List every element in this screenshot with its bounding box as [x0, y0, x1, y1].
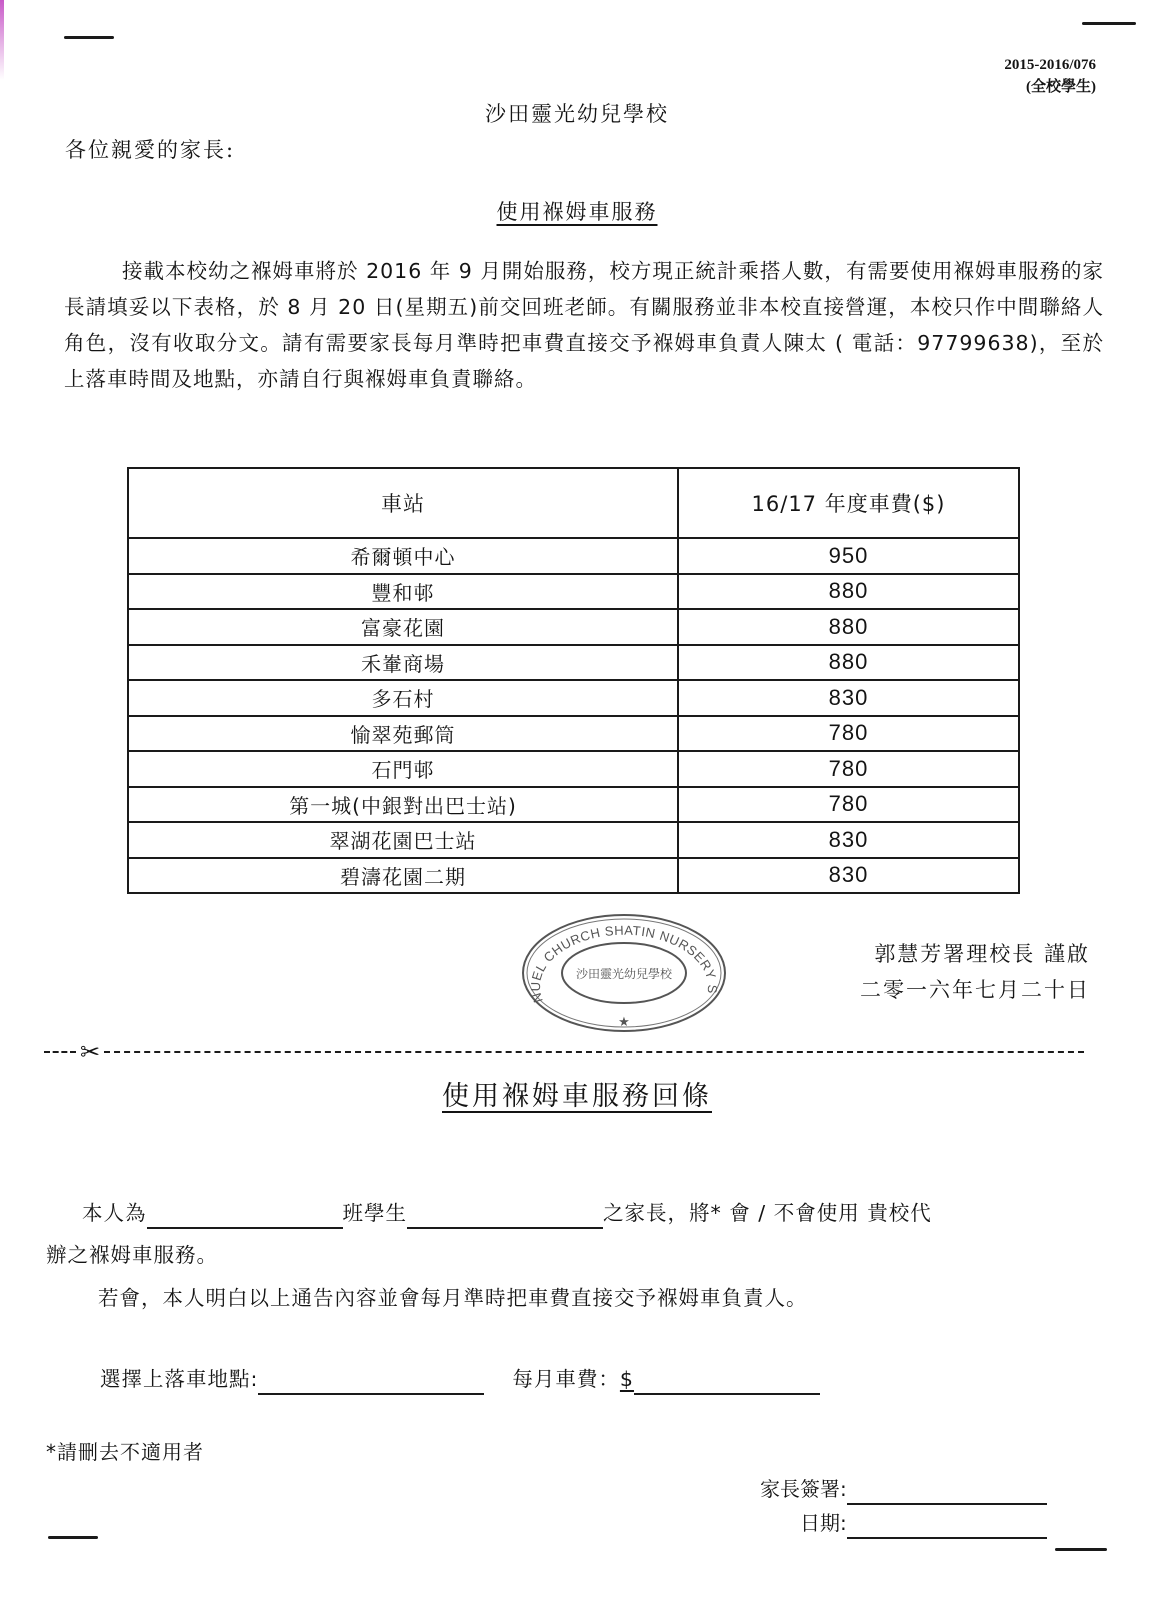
- table-row: 愉翠苑郵筒 780: [128, 716, 1019, 752]
- greeting: 各位親愛的家長:: [65, 134, 235, 164]
- signature-block: 家長簽署: 日期:: [760, 1472, 1047, 1540]
- station-cell: 碧濤花園二期: [128, 858, 678, 894]
- school-stamp: EMMANUEL CHURCH SHATIN NURSERY SCHOOL 沙田…: [520, 912, 728, 1034]
- document-number: 2015-2016/076: [1004, 54, 1096, 76]
- corner-mark-top-left: [64, 36, 114, 39]
- stamp-seal-icon: EMMANUEL CHURCH SHATIN NURSERY SCHOOL 沙田…: [520, 912, 728, 1034]
- table-row: 碧濤花園二期 830: [128, 858, 1019, 894]
- parent-signature-field[interactable]: [847, 1479, 1047, 1505]
- parent-suffix: 之家長，將* 會 / 不會使用 貴校代: [603, 1201, 932, 1225]
- fee-cell: 880: [678, 574, 1019, 610]
- station-cell: 翠湖花園巴士站: [128, 822, 678, 858]
- fee-cell: 780: [678, 751, 1019, 787]
- table-row: 富豪花園 880: [128, 609, 1019, 645]
- date-row: 日期:: [760, 1506, 1047, 1540]
- reply-line-declaration: 本人為班學生之家長，將* 會 / 不會使用 貴校代: [82, 1196, 932, 1229]
- fee-cell: 830: [678, 822, 1019, 858]
- document-reference: 2015-2016/076 (全校學生): [1004, 54, 1096, 98]
- table-row: 石門邨 780: [128, 751, 1019, 787]
- principal-signoff: 郭慧芳署理校長 謹啟: [860, 936, 1090, 972]
- cut-line-dash: [104, 1051, 1084, 1053]
- reply-slip-title-text: 使用褓姆車服務回條: [442, 1081, 712, 1112]
- fee-cell: 830: [678, 858, 1019, 894]
- declaration-prefix: 本人為: [82, 1201, 147, 1225]
- date-label: 日期:: [800, 1506, 847, 1540]
- cut-line-dash: [44, 1051, 76, 1053]
- table-row: 多石村 830: [128, 680, 1019, 716]
- reply-line-acknowledgement: 若會，本人明白以上通告內容並會每月準時把車費直接交予褓姆車負責人。: [98, 1281, 808, 1311]
- signoff-date: 二零一六年七月二十日: [860, 972, 1090, 1008]
- scan-edge-tint: [0, 0, 4, 80]
- fee-cell: 950: [678, 538, 1019, 574]
- station-cell: 第一城(中銀對出巴士站): [128, 787, 678, 823]
- table-row: 希爾頓中心 950: [128, 538, 1019, 574]
- date-field[interactable]: [847, 1513, 1047, 1539]
- station-cell: 富豪花園: [128, 609, 678, 645]
- student-name-field[interactable]: [407, 1203, 603, 1229]
- notice-title-text: 使用褓姆車服務: [497, 200, 658, 224]
- document-audience: (全校學生): [1004, 76, 1096, 98]
- table-row: 豐和邨 880: [128, 574, 1019, 610]
- corner-mark-bottom-right: [1055, 1548, 1107, 1551]
- fee-cell: 780: [678, 716, 1019, 752]
- station-cell: 希爾頓中心: [128, 538, 678, 574]
- school-name: 沙田靈光幼兒學校: [0, 98, 1154, 128]
- station-cell: 禾輋商場: [128, 645, 678, 681]
- reply-line-location-fee: 選擇上落車地點:每月車費：$: [100, 1362, 820, 1395]
- class-field[interactable]: [147, 1203, 343, 1229]
- station-cell: 石門邨: [128, 751, 678, 787]
- signature-label: 家長簽署:: [760, 1472, 847, 1506]
- fee-cell: 880: [678, 609, 1019, 645]
- fee-cell: 830: [678, 680, 1019, 716]
- svg-text:EMMANUEL CHURCH SHATIN NURSERY: EMMANUEL CHURCH SHATIN NURSERY SCHOOL: [520, 912, 720, 1004]
- notice-body: 接載本校幼之褓姆車將於 2016 年 9 月開始服務，校方現正統計乘搭人數，有需…: [64, 253, 1104, 397]
- header-fee: 16/17 年度車費($): [678, 468, 1019, 538]
- corner-mark-top-right: [1082, 22, 1136, 25]
- class-suffix: 班學生: [343, 1201, 408, 1225]
- monthly-fee-label: 每月車費：: [512, 1367, 620, 1391]
- stamp-star-icon: ★: [618, 1015, 630, 1030]
- station-cell: 豐和邨: [128, 574, 678, 610]
- currency-symbol: $: [620, 1367, 634, 1391]
- pickup-location-field[interactable]: [258, 1369, 484, 1395]
- table-row: 翠湖花園巴士站 830: [128, 822, 1019, 858]
- cut-line: ✂: [44, 1040, 1084, 1064]
- notice-title: 使用褓姆車服務: [0, 196, 1154, 226]
- stamp-outer-text: EMMANUEL CHURCH SHATIN NURSERY SCHOOL: [520, 912, 720, 1004]
- stamp-inner-text: 沙田靈光幼兒學校: [576, 966, 673, 981]
- reply-slip-title: 使用褓姆車服務回條: [0, 1074, 1154, 1113]
- location-label: 選擇上落車地點:: [100, 1367, 258, 1391]
- fee-cell: 780: [678, 787, 1019, 823]
- fee-table: 車站 16/17 年度車費($) 希爾頓中心 950 豐和邨 880 富豪花園 …: [127, 467, 1020, 894]
- corner-mark-bottom-left: [48, 1536, 98, 1539]
- signature-row: 家長簽署:: [760, 1472, 1047, 1506]
- station-cell: 多石村: [128, 680, 678, 716]
- reply-line-continuation: 辦之褓姆車服務。: [46, 1238, 218, 1268]
- footnote: *請刪去不適用者: [46, 1436, 204, 1465]
- header-station: 車站: [128, 468, 678, 538]
- scissors-icon: ✂: [80, 1040, 100, 1064]
- fee-cell: 880: [678, 645, 1019, 681]
- signoff: 郭慧芳署理校長 謹啟 二零一六年七月二十日: [860, 936, 1090, 1008]
- fee-table-header-row: 車站 16/17 年度車費($): [128, 468, 1019, 538]
- table-row: 禾輋商場 880: [128, 645, 1019, 681]
- table-row: 第一城(中銀對出巴士站) 780: [128, 787, 1019, 823]
- station-cell: 愉翠苑郵筒: [128, 716, 678, 752]
- monthly-fee-field[interactable]: [634, 1369, 820, 1395]
